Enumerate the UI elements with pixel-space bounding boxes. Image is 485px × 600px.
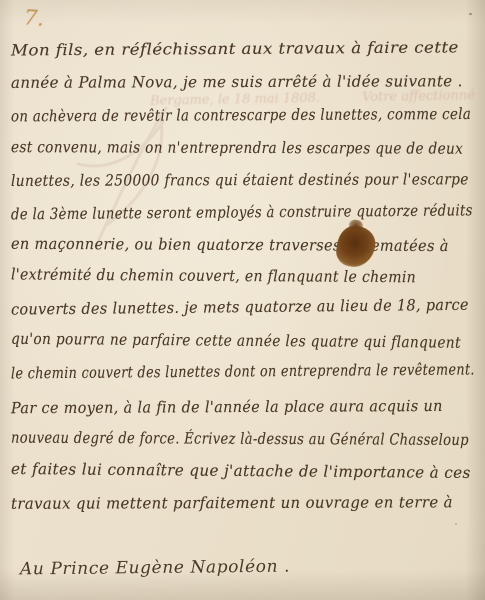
manuscript-line: couverts des lunettes. je mets quatorze … <box>11 295 485 318</box>
manuscript-line-text: en maçonnerie, ou bien quatorze traverse… <box>11 235 449 255</box>
address-docket-text: Au Prince Eugène Napoléon . <box>20 557 290 580</box>
manuscript-line-text: année à Palma Nova, je me suis arrêté à … <box>11 72 463 92</box>
manuscript-line: Par ce moyen, à la fin de l'année la pla… <box>11 397 477 417</box>
manuscript-line: travaux qui mettent parfaitement un ouvr… <box>11 493 472 513</box>
manuscript-line: année à Palma Nova, je me suis arrêté à … <box>11 72 479 92</box>
manuscript-line-text: l'extrémité du chemin couvert, en flanqu… <box>11 265 416 286</box>
manuscript-line-text: Mon fils, en réfléchissant aux travaux à… <box>11 38 459 59</box>
manuscript-line-text: travaux qui mettent parfaitement un ouvr… <box>11 493 453 513</box>
manuscript-line-text: qu'on pourra ne parfaire cette année les… <box>11 330 461 352</box>
manuscript-line: lunettes, les 250000 francs qui étaient … <box>11 170 485 190</box>
bleed-gap <box>320 101 362 102</box>
manuscript-line-text: nouveau degré de force. Écrivez là-dessu… <box>11 429 469 449</box>
bleed-fragment-text: Votre affectionné <box>362 88 475 105</box>
manuscript-line-text: de la 3ème lunette seront employés à con… <box>11 201 473 223</box>
page-number: 7. <box>23 5 45 30</box>
manuscript-line-text: le chemin couvert des lunettes dont on e… <box>11 360 475 382</box>
ink-stain <box>334 224 377 270</box>
manuscript-line: l'extrémité du chemin couvert, en flanqu… <box>11 265 460 286</box>
manuscript-line: qu'on pourra ne parfaire cette année les… <box>11 330 485 352</box>
manuscript-line: on achèvera de revêtir la contrescarpe d… <box>11 105 485 126</box>
manuscript-line: de la 3ème lunette seront employés à con… <box>11 201 485 224</box>
manuscript-line-text: est convenu, mais on n'entreprendra les … <box>11 138 463 158</box>
manuscript-line-text: couverts des lunettes. je mets quatorze … <box>11 296 469 319</box>
paper-speck <box>86 373 88 375</box>
paper-speck <box>455 523 457 525</box>
paper-speck <box>469 13 472 15</box>
manuscript-line-text: lunettes, les 250000 francs qui étaient … <box>11 170 469 190</box>
manuscript-line: Mon fils, en réfléchissant aux travaux à… <box>11 39 428 60</box>
address-docket: Au Prince Eugène Napoléon . <box>20 557 290 580</box>
manuscript-line-text: on achèvera de revêtir la contrescarpe d… <box>11 105 471 125</box>
manuscript-line: le chemin couvert des lunettes dont on e… <box>11 360 485 383</box>
letter-page: Bergame, le 18 mai 1808.Votre affectionn… <box>0 0 485 600</box>
manuscript-line-text: Par ce moyen, à la fin de l'année la pla… <box>11 397 443 417</box>
manuscript-line-text: et faites lui connaître que j'attache de… <box>11 460 471 482</box>
manuscript-line: est convenu, mais on n'entreprendra les … <box>11 138 485 158</box>
manuscript-line: et faites lui connaître que j'attache de… <box>11 460 483 482</box>
manuscript-line: nouveau degré de force. Écrivez là-dessu… <box>11 429 485 450</box>
manuscript-line: en maçonnerie, ou bien quatorze traverse… <box>11 235 481 255</box>
